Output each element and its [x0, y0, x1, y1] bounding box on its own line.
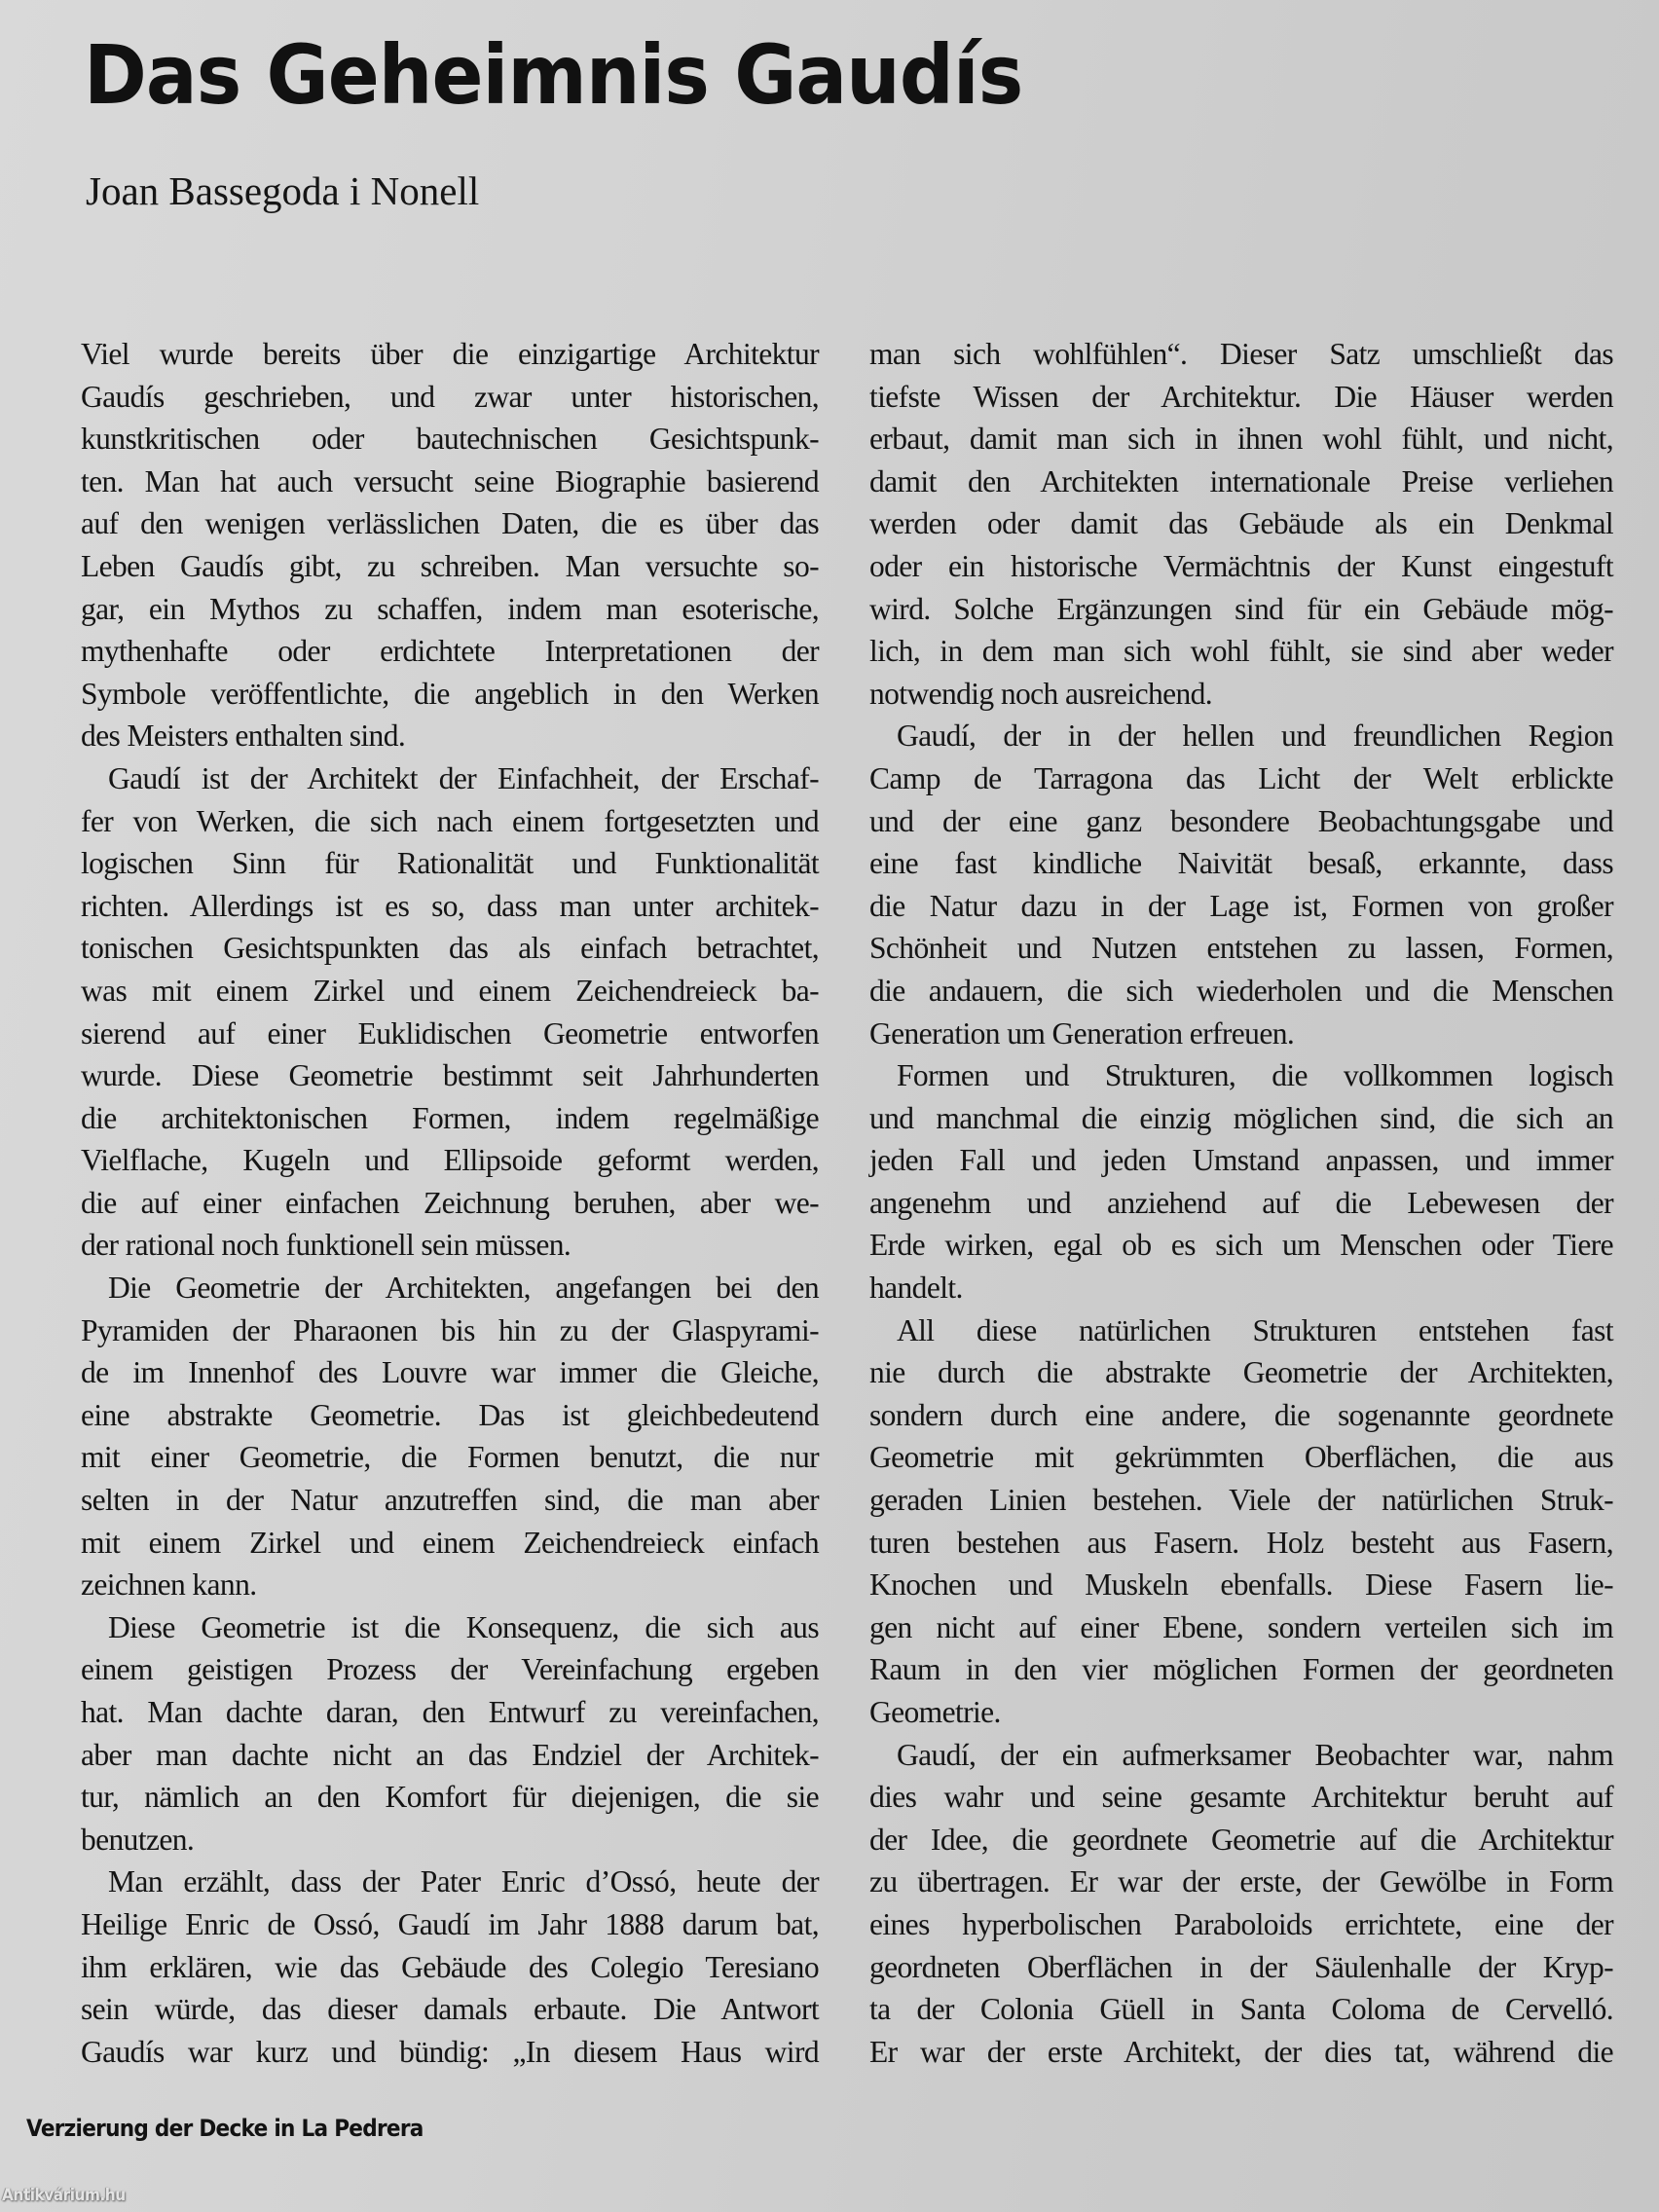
- text-line: der Idee, die geordnete Geometrie auf di…: [869, 1819, 1613, 1862]
- text-line: dies wahr und seine gesamte Architektur …: [869, 1776, 1613, 1819]
- text-line: Heilige Enric de Ossó, Gaudí im Jahr 188…: [81, 1903, 819, 1946]
- article-title: Das Geheimnis Gaudís: [84, 21, 1022, 129]
- text-column-right: man sich wohlfühlen“. Dieser Satz umschl…: [869, 333, 1613, 2073]
- text-line: Raum in den vier möglichen Formen der ge…: [869, 1648, 1613, 1691]
- text-line: angenehm und anziehend auf die Lebewesen…: [869, 1182, 1613, 1225]
- article-author: Joan Bassegoda i Nonell: [86, 164, 479, 218]
- text-line: de im Innenhof des Louvre war immer die …: [81, 1351, 819, 1394]
- text-line: Man erzählt, dass der Pater Enric d’Ossó…: [81, 1861, 819, 1903]
- image-caption: Verzierung der Decke in La Pedrera: [26, 2113, 424, 2144]
- document-page: Das Geheimnis Gaudís Joan Bassegoda i No…: [0, 0, 1659, 2212]
- text-line: Geometrie mit gekrümmten Oberflächen, di…: [869, 1436, 1613, 1479]
- text-line: tur, nämlich an den Komfort für diejenig…: [81, 1776, 819, 1819]
- text-line: handelt.: [869, 1267, 1613, 1309]
- watermark: Antikvárium.hu: [2, 2185, 126, 2206]
- text-line: Gaudí ist der Architekt der Einfachheit,…: [81, 757, 819, 800]
- text-line: eines hyperbolischen Paraboloids erricht…: [869, 1903, 1613, 1946]
- text-line: des Meisters enthalten sind.: [81, 715, 819, 757]
- text-line: erbaut, damit man sich in ihnen wohl füh…: [869, 418, 1613, 461]
- text-column-left: Viel wurde bereits über die einzigartige…: [81, 333, 819, 2073]
- text-line: tonischen Gesichtspunkten das als einfac…: [81, 927, 819, 970]
- text-line: Knochen und Muskeln ebenfalls. Diese Fas…: [869, 1564, 1613, 1606]
- text-line: Generation um Generation erfreuen.: [869, 1013, 1613, 1055]
- text-line: Formen und Strukturen, die vollkommen lo…: [869, 1054, 1613, 1097]
- text-line: geordneten Oberflächen in der Säulenhall…: [869, 1946, 1613, 1989]
- text-line: und der eine ganz besondere Beobachtungs…: [869, 800, 1613, 843]
- text-line: ihm erklären, wie das Gebäude des Colegi…: [81, 1946, 819, 1989]
- text-line: die architektonischen Formen, indem rege…: [81, 1097, 819, 1140]
- text-line: ten. Man hat auch versucht seine Biograp…: [81, 461, 819, 503]
- text-line: kunstkritischen oder bautechnischen Gesi…: [81, 418, 819, 461]
- text-line: logischen Sinn für Rationalität und Funk…: [81, 842, 819, 885]
- text-line: mit einer Geometrie, die Formen benutzt,…: [81, 1436, 819, 1479]
- text-line: hat. Man dachte daran, den Entwurf zu ve…: [81, 1691, 819, 1734]
- text-line: eine abstrakte Geometrie. Das ist gleich…: [81, 1394, 819, 1437]
- text-line: Gaudís geschrieben, und zwar unter histo…: [81, 376, 819, 419]
- text-line: oder ein historische Vermächtnis der Kun…: [869, 545, 1613, 588]
- text-line: sierend auf einer Euklidischen Geometrie…: [81, 1013, 819, 1055]
- text-line: Diese Geometrie ist die Konsequenz, die …: [81, 1606, 819, 1649]
- text-line: jeden Fall und jeden Umstand anpassen, u…: [869, 1139, 1613, 1182]
- text-line: und manchmal die einzig möglichen sind, …: [869, 1097, 1613, 1140]
- text-line: zeichnen kann.: [81, 1564, 819, 1606]
- text-line: Er war der erste Architekt, der dies tat…: [869, 2031, 1613, 2074]
- text-line: Schönheit und Nutzen entstehen zu lassen…: [869, 927, 1613, 970]
- text-line: richten. Allerdings ist es so, dass man …: [81, 885, 819, 928]
- text-line: Pyramiden der Pharaonen bis hin zu der G…: [81, 1309, 819, 1352]
- text-line: was mit einem Zirkel und einem Zeichendr…: [81, 970, 819, 1013]
- text-line: mythenhafte oder erdichtete Interpretati…: [81, 630, 819, 673]
- text-line: werden oder damit das Gebäude als ein De…: [869, 502, 1613, 545]
- text-line: die andauern, die sich wiederholen und d…: [869, 970, 1613, 1013]
- text-line: Symbole veröffentlichte, die angeblich i…: [81, 673, 819, 716]
- text-line: wird. Solche Ergänzungen sind für ein Ge…: [869, 588, 1613, 631]
- text-line: zu übertragen. Er war der erste, der Gew…: [869, 1861, 1613, 1903]
- text-line: mit einem Zirkel und einem Zeichendreiec…: [81, 1522, 819, 1565]
- text-line: der rational noch funktionell sein müsse…: [81, 1224, 819, 1267]
- text-line: die auf einer einfachen Zeichnung beruhe…: [81, 1182, 819, 1225]
- text-line: gar, ein Mythos zu schaffen, indem man e…: [81, 588, 819, 631]
- text-line: Die Geometrie der Architekten, angefange…: [81, 1267, 819, 1309]
- text-line: wurde. Diese Geometrie bestimmt seit Jah…: [81, 1054, 819, 1097]
- text-line: gen nicht auf einer Ebene, sondern verte…: [869, 1606, 1613, 1649]
- text-line: sondern durch eine andere, die sogenannt…: [869, 1394, 1613, 1437]
- text-line: lich, in dem man sich wohl fühlt, sie si…: [869, 630, 1613, 673]
- text-line: notwendig noch ausreichend.: [869, 673, 1613, 716]
- text-line: sein würde, das dieser damals erbaute. D…: [81, 1988, 819, 2031]
- text-line: auf den wenigen verlässlichen Daten, die…: [81, 502, 819, 545]
- text-line: Vielflache, Kugeln und Ellipsoide geform…: [81, 1139, 819, 1182]
- text-line: benutzen.: [81, 1819, 819, 1862]
- text-line: ta der Colonia Güell in Santa Coloma de …: [869, 1988, 1613, 2031]
- text-line: eine fast kindliche Naivität besaß, erka…: [869, 842, 1613, 885]
- text-line: fer von Werken, die sich nach einem fort…: [81, 800, 819, 843]
- text-line: man sich wohlfühlen“. Dieser Satz umschl…: [869, 333, 1613, 376]
- text-line: selten in der Natur anzutreffen sind, di…: [81, 1479, 819, 1522]
- text-line: Camp de Tarragona das Licht der Welt erb…: [869, 757, 1613, 800]
- text-line: Leben Gaudís gibt, zu schreiben. Man ver…: [81, 545, 819, 588]
- text-line: aber man dachte nicht an das Endziel der…: [81, 1734, 819, 1777]
- text-line: Erde wirken, egal ob es sich um Menschen…: [869, 1224, 1613, 1267]
- text-line: All diese natürlichen Strukturen entsteh…: [869, 1309, 1613, 1352]
- text-line: Geometrie.: [869, 1691, 1613, 1734]
- text-line: die Natur dazu in der Lage ist, Formen v…: [869, 885, 1613, 928]
- text-line: damit den Architekten internationale Pre…: [869, 461, 1613, 503]
- text-line: geraden Linien bestehen. Viele der natür…: [869, 1479, 1613, 1522]
- text-line: Gaudí, der in der hellen und freundliche…: [869, 715, 1613, 757]
- text-line: tiefste Wissen der Architektur. Die Häus…: [869, 376, 1613, 419]
- text-line: turen bestehen aus Fasern. Holz besteht …: [869, 1522, 1613, 1565]
- text-line: Gaudís war kurz und bündig: „In diesem H…: [81, 2031, 819, 2074]
- text-line: Viel wurde bereits über die einzigartige…: [81, 333, 819, 376]
- text-line: Gaudí, der ein aufmerksamer Beobachter w…: [869, 1734, 1613, 1777]
- text-line: einem geistigen Prozess der Vereinfachun…: [81, 1648, 819, 1691]
- text-line: nie durch die abstrakte Geometrie der Ar…: [869, 1351, 1613, 1394]
